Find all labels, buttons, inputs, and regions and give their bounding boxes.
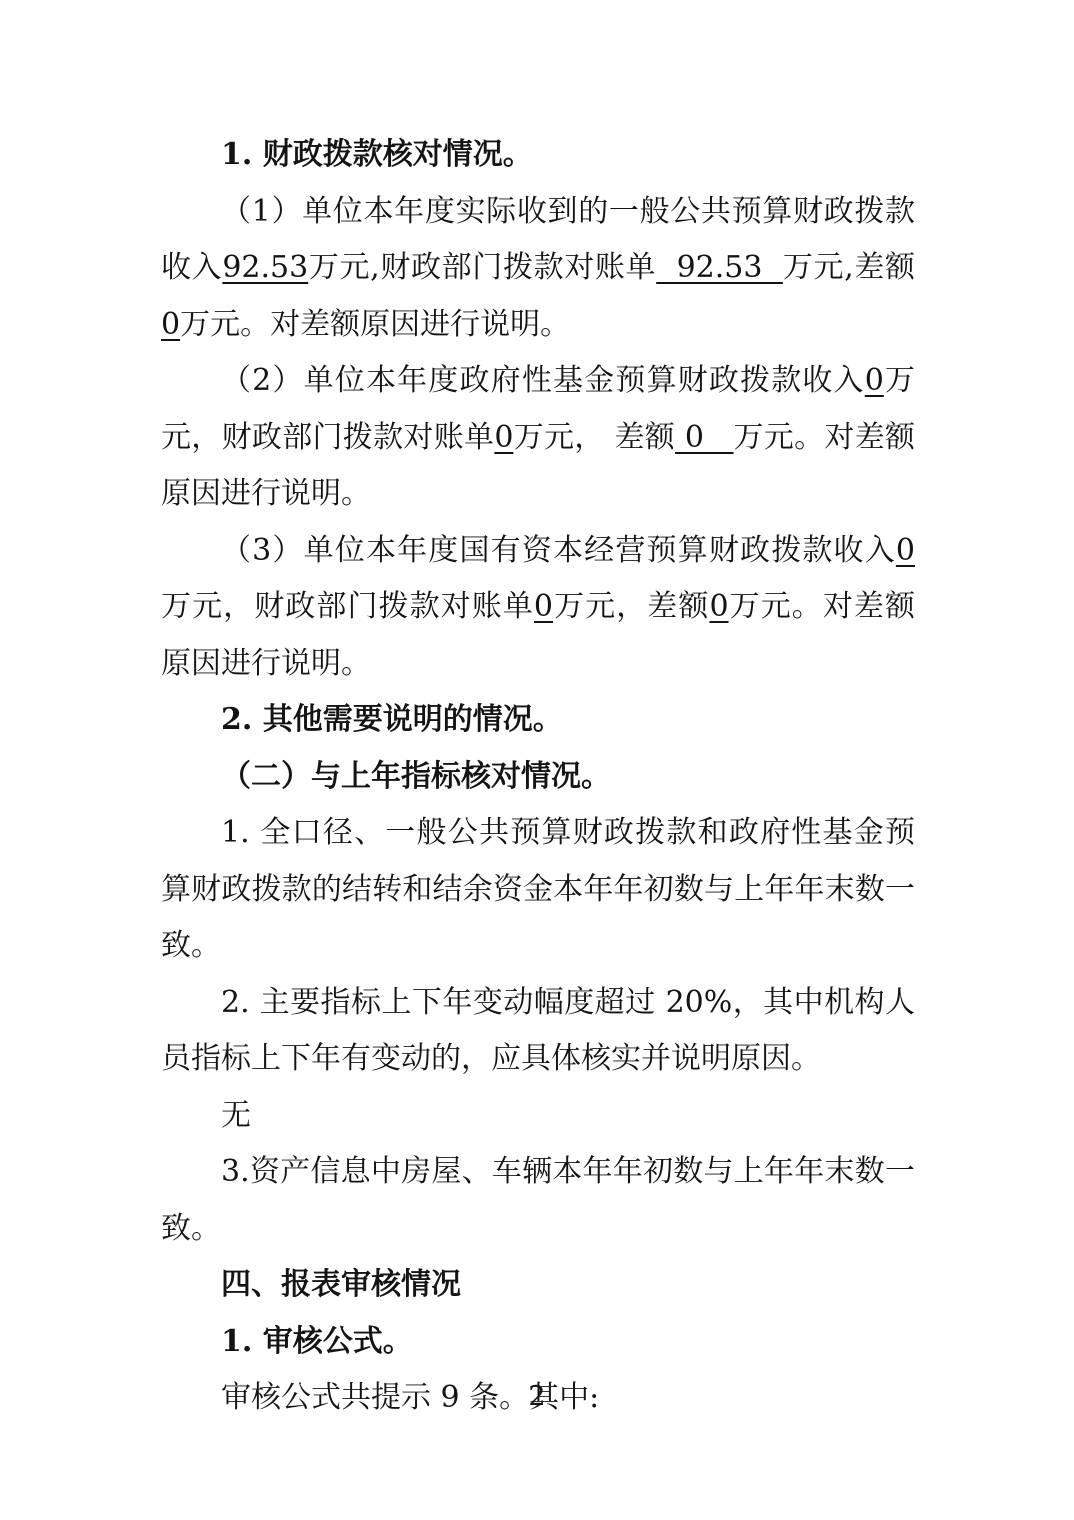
heading-review-formula: 1. 审核公式。 xyxy=(161,1314,915,1371)
text-run: 1. 全口径、一般公共预算财政拨款和政府性基金预算财政拨款的结转和结余资金本年年… xyxy=(161,815,915,963)
underlined-value-difference: 0 xyxy=(709,589,728,624)
heading-text: 四、报表审核情况 xyxy=(221,1267,461,1302)
text-run: 万元,差额 xyxy=(783,250,915,285)
text-run: 万元， 差额 xyxy=(513,420,675,455)
text-run: （2）单位本年度政府性基金预算财政拨款收入 xyxy=(221,363,865,398)
heading-report-review: 四、报表审核情况 xyxy=(161,1257,915,1314)
underlined-value-income: 92.53 xyxy=(222,250,308,285)
document-body: 1. 财政拨款核对情况。 （1）单位本年度实际收到的一般公共预算财政拨款收入92… xyxy=(161,127,915,1427)
para-government-fund-budget: （2）单位本年度政府性基金预算财政拨款收入0万元，财政部门拨款对账单0万元， 差… xyxy=(161,353,915,523)
heading-text: 1. 财政拨款核对情况。 xyxy=(221,137,533,172)
text-run: 2. 主要指标上下年变动幅度超过 20%，其中机构人员指标上下年有变动的，应具体… xyxy=(161,985,915,1077)
underlined-value-income: 0 xyxy=(865,363,884,398)
underlined-value-statement: 0 xyxy=(534,589,553,624)
heading-fiscal-appropriation-check: 1. 财政拨款核对情况。 xyxy=(161,127,915,184)
para-general-public-budget: （1）单位本年度实际收到的一般公共预算财政拨款收入92.53万元,财政部门拨款对… xyxy=(161,184,915,354)
para-carryover-balance-consistency: 1. 全口径、一般公共预算财政拨款和政府性基金预算财政拨款的结转和结余资金本年年… xyxy=(161,805,915,975)
underlined-value-statement: 92.53 xyxy=(656,250,783,285)
heading-text: 2. 其他需要说明的情况。 xyxy=(221,702,563,737)
text-run: （3）单位本年度国有资本经营预算财政拨款收入 xyxy=(221,533,896,568)
underlined-value-difference: 0 xyxy=(161,307,180,342)
para-indicator-change-over-20pct: 2. 主要指标上下年变动幅度超过 20%，其中机构人员指标上下年有变动的，应具体… xyxy=(161,975,915,1088)
page-number: 2 xyxy=(0,1382,1074,1412)
heading-other-notes: 2. 其他需要说明的情况。 xyxy=(161,692,915,749)
underlined-value-difference: 0 xyxy=(675,420,733,455)
underlined-value-income: 0 xyxy=(896,533,915,568)
para-state-capital-budget: （3）单位本年度国有资本经营预算财政拨款收入0万元，财政部门拨款对账单0万元，差… xyxy=(161,523,915,693)
para-asset-info-consistency: 3.资产信息中房屋、车辆本年年初数与上年年末数一致。 xyxy=(161,1144,915,1257)
text-run: 万元。对差额原因进行说明。 xyxy=(180,307,570,342)
text-run: 万元,财政部门拨款对账单 xyxy=(308,250,656,285)
heading-text: 1. 审核公式。 xyxy=(221,1324,413,1359)
text-run: 万元，财政部门拨款对账单 xyxy=(161,589,534,624)
text-run: 无 xyxy=(221,1098,251,1133)
para-none: 无 xyxy=(161,1088,915,1145)
underlined-value-statement: 0 xyxy=(494,420,513,455)
heading-previous-year-indicator-check: （二）与上年指标核对情况。 xyxy=(161,749,915,806)
text-run: 3.资产信息中房屋、车辆本年年初数与上年年末数一致。 xyxy=(161,1154,915,1246)
text-run: 万元，差额 xyxy=(553,589,709,624)
heading-text: （二）与上年指标核对情况。 xyxy=(221,759,611,794)
